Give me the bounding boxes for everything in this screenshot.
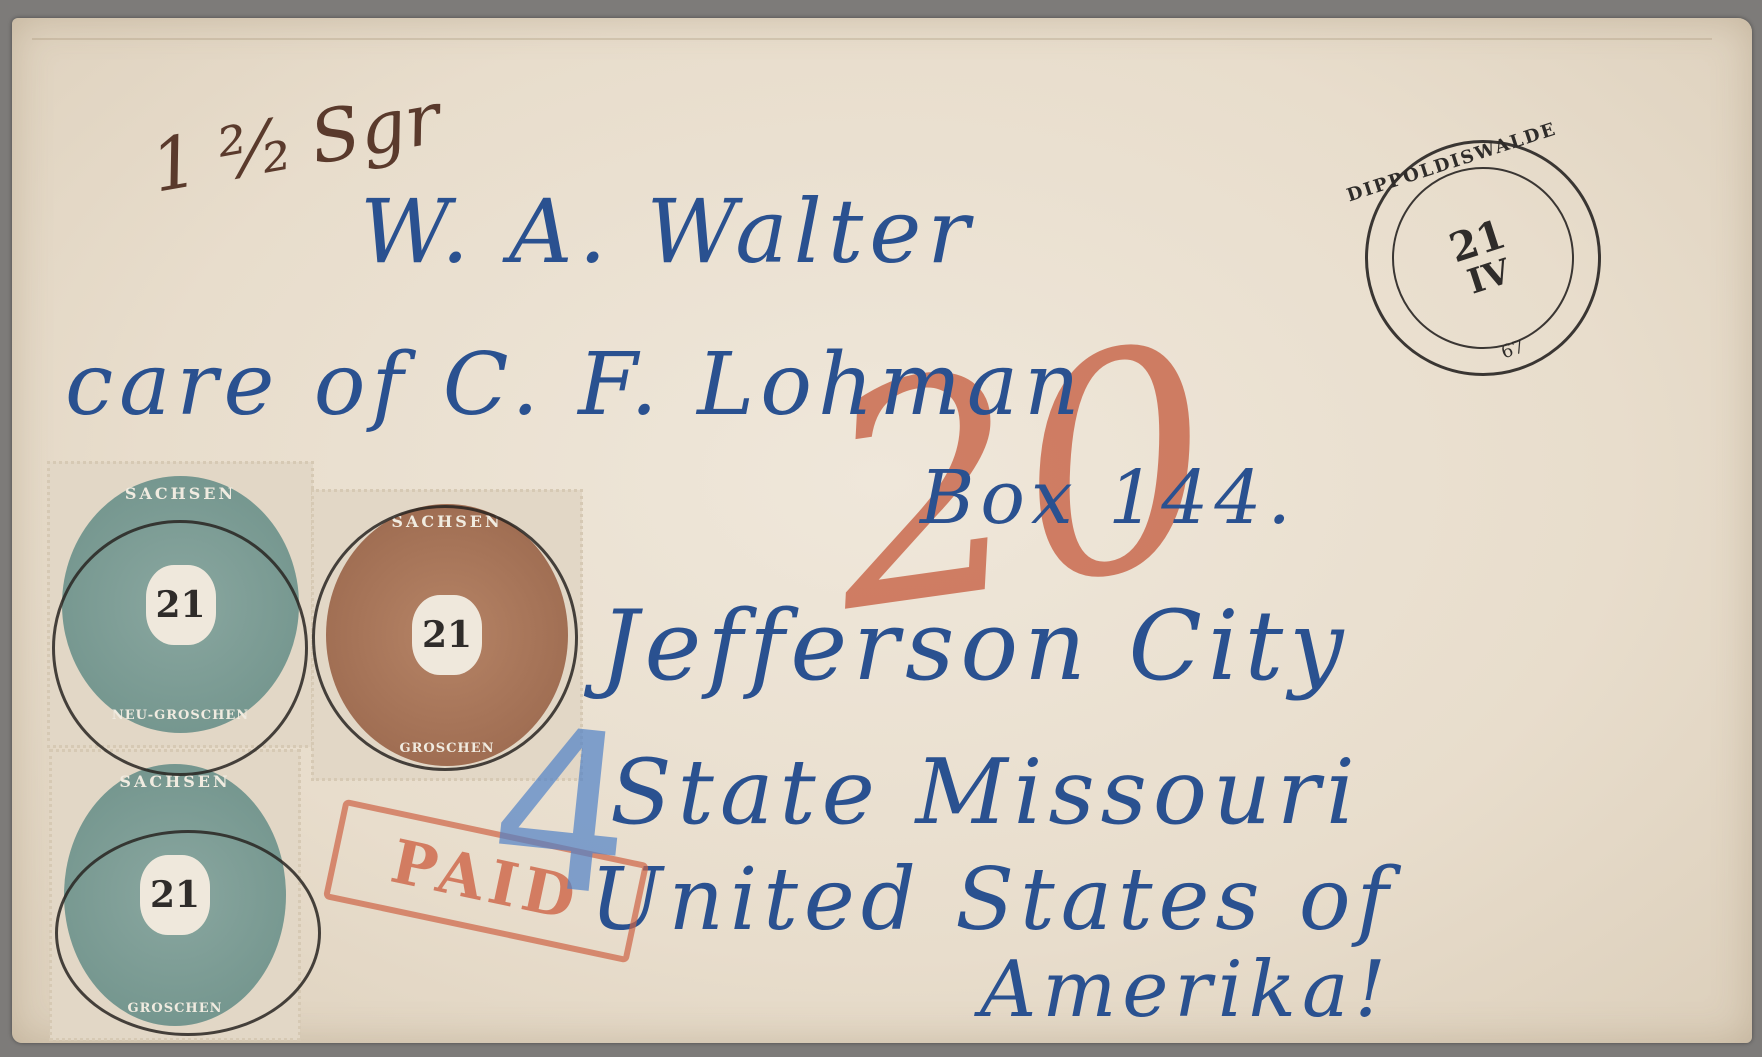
address-line-care-of: care of C. F. Lohman: [65, 335, 1086, 435]
address-line-country-2: Amerika!: [980, 945, 1392, 1035]
stamp-cancel-ring: [55, 830, 321, 1036]
address-line-name: W. A. Walter: [360, 180, 975, 283]
address-line-box: Box 144.: [920, 455, 1297, 541]
fold-crease: [32, 38, 1712, 40]
stamp-country: SACHSEN: [62, 484, 299, 503]
address-line-city: Jefferson City: [600, 590, 1349, 702]
stamp-cancel-ring: [52, 520, 308, 776]
address-line-country: United States of: [590, 850, 1395, 950]
address-line-state: State Missouri: [610, 740, 1361, 845]
